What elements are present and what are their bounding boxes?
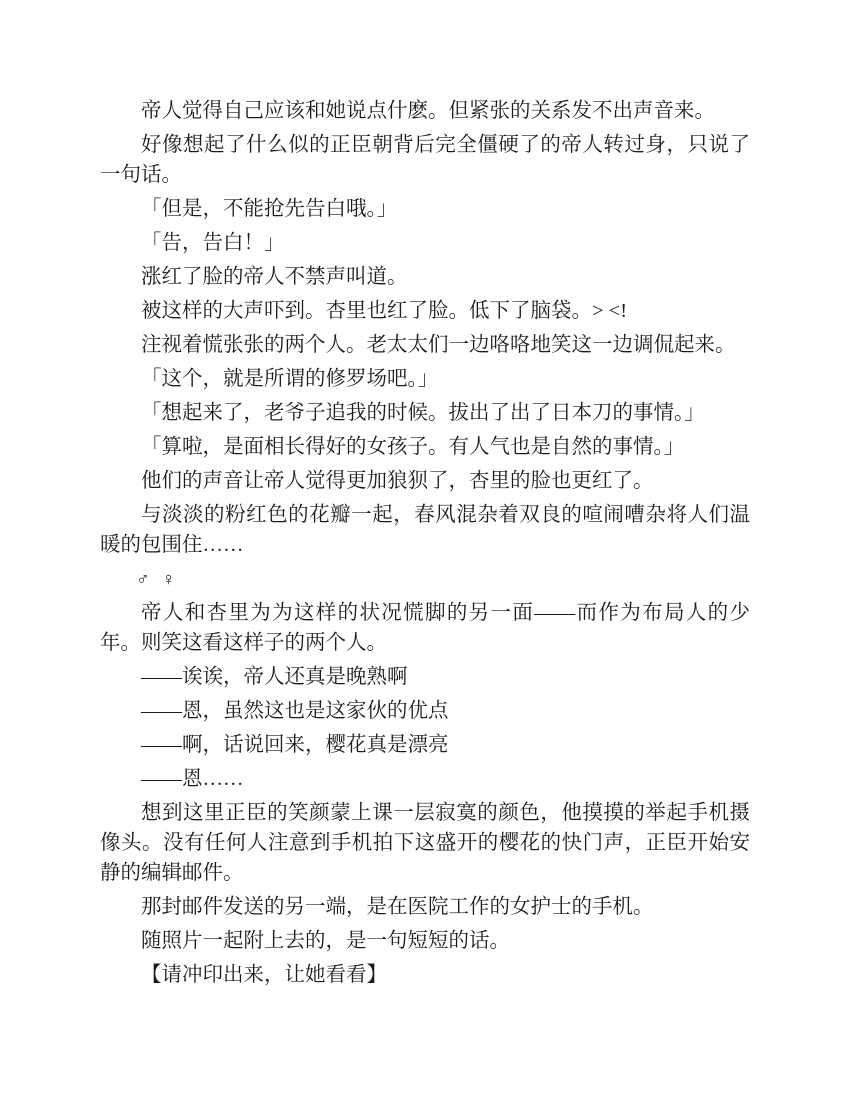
paragraph: 那封邮件发送的另一端，是在医院工作的女护士的手机。 [100, 892, 750, 922]
dialogue-paragraph: 「告，告白！」 [100, 228, 750, 258]
paragraph: 注视着慌张张的两个人。老太太们一边咯咯地笑这一边调侃起来。 [100, 330, 750, 360]
document-page: 帝人觉得自己应该和她说点什麽。但紧张的关系发不出声音来。 好像想起了什么似的正臣… [0, 0, 850, 1100]
chat-line-paragraph: ——诶诶，帝人还真是晚熟啊 [100, 662, 750, 692]
dialogue-paragraph: 「算啦，是面相长得好的女孩子。有人气也是自然的事情。」 [100, 432, 750, 462]
message-paragraph: 【请冲印出来，让她看看】 [100, 960, 750, 990]
paragraph: 涨红了脸的帝人不禁声叫道。 [100, 262, 750, 292]
paragraph: 好像想起了什么似的正臣朝背后完全僵硬了的帝人转过身，只说了一句话。 [100, 130, 750, 190]
dialogue-paragraph: 「想起来了，老爷子追我的时候。拔出了出了日本刀的事情。」 [100, 398, 750, 428]
gender-symbols-divider: ♂ ♀ [100, 564, 750, 594]
text-content: 帝人觉得自己应该和她说点什麽。但紧张的关系发不出声音来。 好像想起了什么似的正臣… [100, 96, 750, 994]
paragraph: 帝人觉得自己应该和她说点什麽。但紧张的关系发不出声音来。 [100, 96, 750, 126]
paragraph: 他们的声音让帝人觉得更加狼狈了，杏里的脸也更红了。 [100, 466, 750, 496]
dialogue-paragraph: 「这个，就是所谓的修罗场吧。」 [100, 364, 750, 394]
chat-line-paragraph: ——恩…… [100, 764, 750, 794]
chat-line-paragraph: ——啊，话说回来，樱花真是漂亮 [100, 730, 750, 760]
dialogue-paragraph: 「但是，不能抢先告白哦。」 [100, 194, 750, 224]
chat-line-paragraph: ——恩，虽然这也是这家伙的优点 [100, 696, 750, 726]
paragraph: 想到这里正臣的笑颜蒙上课一层寂寞的颜色，他摸摸的举起手机摄像头。没有任何人注意到… [100, 798, 750, 888]
paragraph: 帝人和杏里为为这样的状况慌脚的另一面——而作为布局人的少年。则笑这看这样子的两个… [100, 598, 750, 658]
paragraph: 被这样的大声吓到。杏里也红了脸。低下了脑袋。> <! [100, 296, 750, 326]
paragraph: 与淡淡的粉红色的花瓣一起，春风混杂着双良的喧闹嘈杂将人们温暖的包围住…… [100, 500, 750, 560]
paragraph: 随照片一起附上去的，是一句短短的话。 [100, 926, 750, 956]
